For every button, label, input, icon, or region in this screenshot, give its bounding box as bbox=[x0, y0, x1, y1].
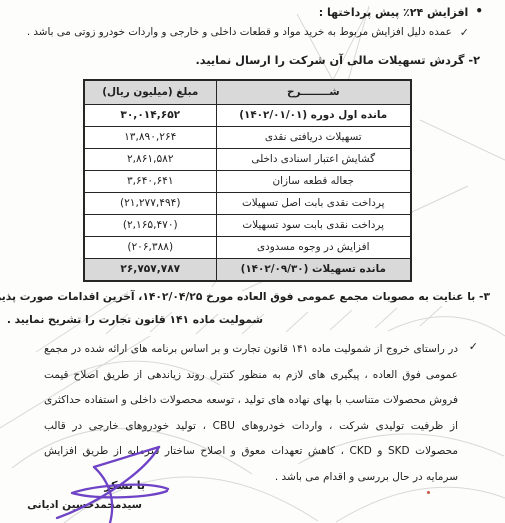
cell-description: پرداخت نقدی بابت اصل تسهیلات bbox=[216, 193, 411, 215]
table-row: تسهیلات دریافتی نقدی ۱۳,۸۹۰,۲۶۴ bbox=[84, 127, 411, 149]
cell-amount: (۲۰۶,۳۸۸) bbox=[84, 237, 216, 259]
table-row: گشایش اعتبار اسنادی داخلی ۲,۸۶۱,۵۸۲ bbox=[84, 149, 411, 171]
cell-amount: (۲۱,۲۷۷,۴۹۴) bbox=[84, 193, 216, 215]
check-note-text: عمده دلیل افزایش مربوط به خرید مواد و قط… bbox=[27, 26, 452, 39]
table-row: پرداخت نقدی بابت اصل تسهیلات (۲۱,۲۷۷,۴۹۴… bbox=[84, 193, 411, 215]
section3-title-line2: شمولیت ماده ۱۴۱ قانون تجارت را تشریح نما… bbox=[7, 313, 263, 326]
section3-title-line1: ۳- با عنایت به مصوبات مجمع عمومی فوق الع… bbox=[0, 290, 490, 303]
section2-title: ۲- گردش تسهیلات مالی آن شرکت را ارسال نم… bbox=[196, 54, 481, 67]
bullet-item-prepayments: • افزایش ۲۴٪ پیش پرداختها : bbox=[319, 6, 483, 19]
facilities-table: شــــــــرح مبلغ (میلیون ریال) مانده اول… bbox=[83, 79, 412, 282]
cell-amount: ۳۰,۰۱۴,۶۵۲ bbox=[84, 105, 216, 127]
cell-description: پرداخت نقدی بابت سود تسهیلات bbox=[216, 215, 411, 237]
ink-speck bbox=[427, 491, 430, 494]
scanned-document-page: • افزایش ۲۴٪ پیش پرداختها : ✓ عمده دلیل … bbox=[0, 0, 505, 523]
check-icon: ✓ bbox=[469, 340, 478, 353]
table-row-total: مانده تسهیلات (۱۴۰۲/۰۹/۳۰) ۲۶,۷۵۷,۷۸۷ bbox=[84, 259, 411, 282]
cell-description: مانده اول دوره (۱۴۰۲/۰۱/۰۱) bbox=[216, 105, 411, 127]
cell-description: جعاله قطعه سازان bbox=[216, 171, 411, 193]
cell-description: تسهیلات دریافتی نقدی bbox=[216, 127, 411, 149]
bullet-text: افزایش ۲۴٪ پیش پرداختها : bbox=[319, 6, 469, 19]
table-row: افزایش در وجوه مسدودی (۲۰۶,۳۸۸) bbox=[84, 237, 411, 259]
table-header-row: شــــــــرح مبلغ (میلیون ریال) bbox=[84, 80, 411, 105]
table-row: پرداخت نقدی بابت سود تسهیلات (۲,۱۶۵,۴۷۰) bbox=[84, 215, 411, 237]
check-icon: ✓ bbox=[460, 26, 469, 39]
table-row: جعاله قطعه سازان ۳,۶۴۰,۶۴۱ bbox=[84, 171, 411, 193]
cell-amount: ۲,۸۶۱,۵۸۲ bbox=[84, 149, 216, 171]
cell-description: افزایش در وجوه مسدودی bbox=[216, 237, 411, 259]
cell-description: مانده تسهیلات (۱۴۰۲/۰۹/۳۰) bbox=[216, 259, 411, 282]
col-header-description: شــــــــرح bbox=[216, 80, 411, 105]
check-note-prepayments: ✓ عمده دلیل افزایش مربوط به خرید مواد و … bbox=[27, 26, 469, 39]
col-header-amount: مبلغ (میلیون ریال) bbox=[84, 80, 216, 105]
signature-name: سیدمحمدحسین ادیانی bbox=[27, 499, 142, 511]
cell-description: گشایش اعتبار اسنادی داخلی bbox=[216, 149, 411, 171]
cell-amount: ۲۶,۷۵۷,۷۸۷ bbox=[84, 259, 216, 282]
bullet-icon: • bbox=[475, 6, 483, 17]
table-row: مانده اول دوره (۱۴۰۲/۰۱/۰۱) ۳۰,۰۱۴,۶۵۲ bbox=[84, 105, 411, 127]
signature-closing: با تشکر bbox=[104, 479, 145, 492]
cell-amount: (۲,۱۶۵,۴۷۰) bbox=[84, 215, 216, 237]
cell-amount: ۳,۶۴۰,۶۴۱ bbox=[84, 171, 216, 193]
cell-amount: ۱۳,۸۹۰,۲۶۴ bbox=[84, 127, 216, 149]
section3-paragraph: در راستای خروج از شمولیت ماده ۱۴۱ قانون … bbox=[44, 337, 458, 490]
